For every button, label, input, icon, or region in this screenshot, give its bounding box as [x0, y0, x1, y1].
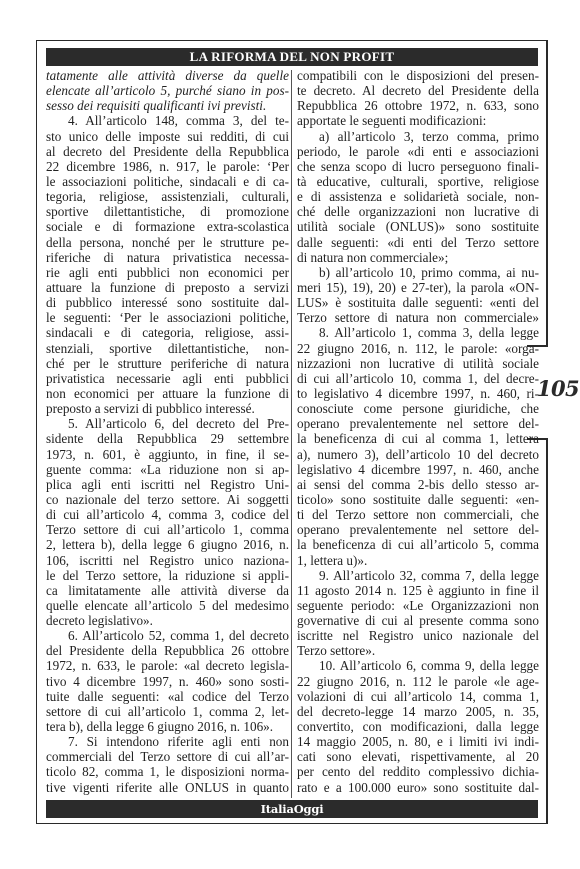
text-line: 14 maggio 2005, n. 80, e i limiti ivi in… — [297, 734, 539, 749]
text-line: tà educative, culturali, sportive, relig… — [297, 174, 539, 189]
text-line: sportive dilettantistiche, di promozione — [46, 204, 289, 219]
text-line: sesso dei requisiti qualificanti ivi pre… — [46, 98, 289, 113]
text-line: tegoria, religiose, assistenziali, cultu… — [46, 189, 289, 204]
text-line: la beneficenza di cui al comma 1, letter… — [297, 431, 539, 446]
text-line: apportate le seguenti modificazioni: — [297, 113, 539, 128]
section-header: LA RIFORMA DEL NON PROFIT — [46, 48, 538, 66]
text-line: settore di cui all’articolo 1, comma 2, … — [46, 704, 289, 719]
page-number: 105 — [536, 376, 580, 401]
publication-logo: ItaliaOggi — [261, 802, 324, 816]
text-line: tuite dalle seguenti: «al codice del Ter… — [46, 689, 289, 704]
text-line: 11 agosto 2014 n. 125 è aggiunto in fine… — [297, 583, 539, 598]
text-line: 1972, n. 633, le parole: «al decreto leg… — [46, 658, 289, 673]
text-line: operano prevalentemente nel settore del- — [297, 416, 539, 431]
text-line: 9. All’articolo 32, comma 7, della legge — [297, 568, 539, 583]
text-line: Terzo settore di natura non commerciale» — [297, 310, 539, 325]
text-line: dalle seguenti: «di enti del Terzo setto… — [297, 235, 539, 250]
text-line: ca limitatamente alle attività diverse d… — [46, 583, 289, 598]
text-line: per cento del reddito complessivo dichia… — [297, 764, 539, 779]
text-line: rie agli enti pubblici non economici per — [46, 265, 289, 280]
text-line: sociale e di formazione extra-scolastica — [46, 219, 289, 234]
text-line: sidente della Repubblica 29 settembre — [46, 431, 289, 446]
text-line: b) all’articolo 10, primo comma, ai nu- — [297, 265, 539, 280]
text-line: della persona, nonché per le strutture p… — [46, 235, 289, 250]
text-line: sto unico delle imposte sui redditi, di … — [46, 129, 289, 144]
text-line: 6. All’articolo 52, comma 1, del decreto — [46, 628, 289, 643]
text-line: 7. Si intendono riferite agli enti non — [46, 734, 289, 749]
text-line: di cui all’articolo 4, comma 3, codice d… — [46, 507, 289, 522]
text-line: compatibili con le disposizioni del pres… — [297, 68, 539, 83]
text-line: convertito, con modificazioni, dalla leg… — [297, 719, 539, 734]
text-line: al decreto del Presidente della Repubbli… — [46, 144, 289, 159]
text-line: meri 15), 19), 20) e 27-ter), la parola … — [297, 280, 539, 295]
text-line: tatamente alle attività diverse da quell… — [46, 68, 289, 83]
text-line: le del Terzo settore, la riduzione si ap… — [46, 568, 289, 583]
text-line: ché per le strutture periferiche di natu… — [46, 356, 289, 371]
text-line: stenziali, sportive dilettantistiche, no… — [46, 341, 289, 356]
text-line: a) all’articolo 3, terzo comma, primo — [297, 129, 539, 144]
text-line: preposto a servizi di pubblico interessé… — [46, 401, 289, 416]
text-line: 106, iscritti nel Registro unico naziona… — [46, 553, 289, 568]
section-title: LA RIFORMA DEL NON PROFIT — [190, 49, 395, 64]
text-line: utilità sociale (ONLUS)» sono sostituite — [297, 219, 539, 234]
text-line: 1973, n. 601, è aggiunto, in fine, il se… — [46, 447, 289, 462]
text-line: ticolo 82, comma 1, le disposizioni norm… — [46, 764, 289, 779]
text-line: 10. All’articolo 6, comma 9, della legge — [297, 658, 539, 673]
text-line: la beneficenza di cui all’articolo 5, co… — [297, 537, 539, 552]
text-line: riferiche di natura privatistica necessa… — [46, 250, 289, 265]
text-line: 5. All’articolo 6, del decreto del Pre- — [46, 416, 289, 431]
text-line: periodo, le parole «di enti e associazio… — [297, 144, 539, 159]
text-line: seguente periodo: «Le Organizzazioni non — [297, 598, 539, 613]
text-line: attuare la funzione di preposto a serviz… — [46, 280, 289, 295]
right-column: compatibili con le disposizioni del pres… — [297, 68, 539, 795]
text-line: cati sono elevati, rispettivamente, al 2… — [297, 749, 539, 764]
text-line: non economici per attuare la funzione di — [46, 386, 289, 401]
text-line: sindacali e di categoria, religiose, ass… — [46, 325, 289, 340]
left-column: tatamente alle attività diverse da quell… — [46, 68, 289, 795]
text-line: 1, lettera u)». — [297, 553, 539, 568]
text-line: di natura non commerciale»; — [297, 250, 539, 265]
text-line: governative di cui al presente comma son… — [297, 613, 539, 628]
text-line: Terzo settore». — [297, 643, 539, 658]
column-divider — [291, 70, 292, 798]
text-line: che senza scopo di lucro perseguono fina… — [297, 159, 539, 174]
text-line: Terzo settore di cui all’articolo 1, com… — [46, 522, 289, 537]
frame-right-edge-upper — [546, 40, 548, 346]
text-line: 22 dicembre 1986, n. 917, le parole: ‘Pe… — [46, 159, 289, 174]
text-line: ai sensi del comma 2-bis dello stesso ar… — [297, 477, 539, 492]
text-line: 4. All’articolo 148, comma 3, del te- — [46, 113, 289, 128]
text-line: volazioni di cui all’articolo 14, comma … — [297, 689, 539, 704]
text-line: 22 giugno 2016, n. 112, le parole: «orga… — [297, 341, 539, 356]
text-line: quelle elencate all’articolo 5 del medes… — [46, 598, 289, 613]
text-line: del decreto-legge 14 marzo 2005, n. 35, — [297, 704, 539, 719]
text-line: a), numero 3), dell’articolo 10 del decr… — [297, 447, 539, 462]
text-line: privatistica necessarie agli enti pubbli… — [46, 371, 289, 386]
text-line: del Presidente della Repubblica 26 ottob… — [46, 643, 289, 658]
text-line: 2, lettera b), della legge 6 giugno 2016… — [46, 537, 289, 552]
text-line: di cui all’articolo 10, comma 1, del dec… — [297, 371, 539, 386]
frame-right-edge-lower — [546, 438, 548, 824]
text-line: commerciali del Terzo settore di cui all… — [46, 749, 289, 764]
text-line: ché delle organizzazioni non lucrative d… — [297, 204, 539, 219]
text-line: rato e a 100.000 euro» sono sostituite d… — [297, 780, 539, 795]
text-line: tera b), della legge 6 giugno 2016, n. 1… — [46, 719, 289, 734]
text-line: 8. All’articolo 1, comma 3, della legge — [297, 325, 539, 340]
text-line: 22 giugno 2016, n. 112 le parole «le age… — [297, 674, 539, 689]
text-line: e di assistenza e solidarietà sociale, n… — [297, 189, 539, 204]
text-line: le associazioni politiche, sindacali e d… — [46, 174, 289, 189]
text-line: elencate all’articolo 5, purché siano in… — [46, 83, 289, 98]
text-line: guente comma: «La riduzione non si ap- — [46, 462, 289, 477]
text-line: di pubblico interessé sono sostituite da… — [46, 295, 289, 310]
text-line: legislativo 4 dicembre 1997, n. 460, anc… — [297, 462, 539, 477]
text-line: le seguenti: ‘Per le associazioni politi… — [46, 310, 289, 325]
text-line: decreto legislativo». — [46, 613, 289, 628]
text-line: iscritte nel Registro unico nazionale de… — [297, 628, 539, 643]
text-line: to legislativo 4 dicembre 1997, n. 460, … — [297, 386, 539, 401]
text-line: conosciute come persone giuridiche, che — [297, 401, 539, 416]
text-line: te decreto. Al decreto del Presidente de… — [297, 83, 539, 98]
text-line: co nazionale del terzo settore. Ai sogge… — [46, 492, 289, 507]
text-line: tive vigenti riferite alle ONLUS in quan… — [46, 780, 289, 795]
text-line: Repubblica 26 ottobre 1972, n. 633, sono — [297, 98, 539, 113]
text-line: operano prevalentemente nel settore del- — [297, 522, 539, 537]
text-line: ticolo» sono sostituite dalle seguenti: … — [297, 492, 539, 507]
text-line: LUS» è sostituita dalle seguenti: «enti … — [297, 295, 539, 310]
text-line: tivo 4 dicembre 1997, n. 460» sono sosti… — [46, 674, 289, 689]
footer-bar: ItaliaOggi — [46, 800, 538, 818]
text-line: ti del Terzo settore non commerciali, ch… — [297, 507, 539, 522]
text-line: nizzazioni non lucrative di utilità soci… — [297, 356, 539, 371]
text-line: plica agli enti iscritti nel Registro Un… — [46, 477, 289, 492]
